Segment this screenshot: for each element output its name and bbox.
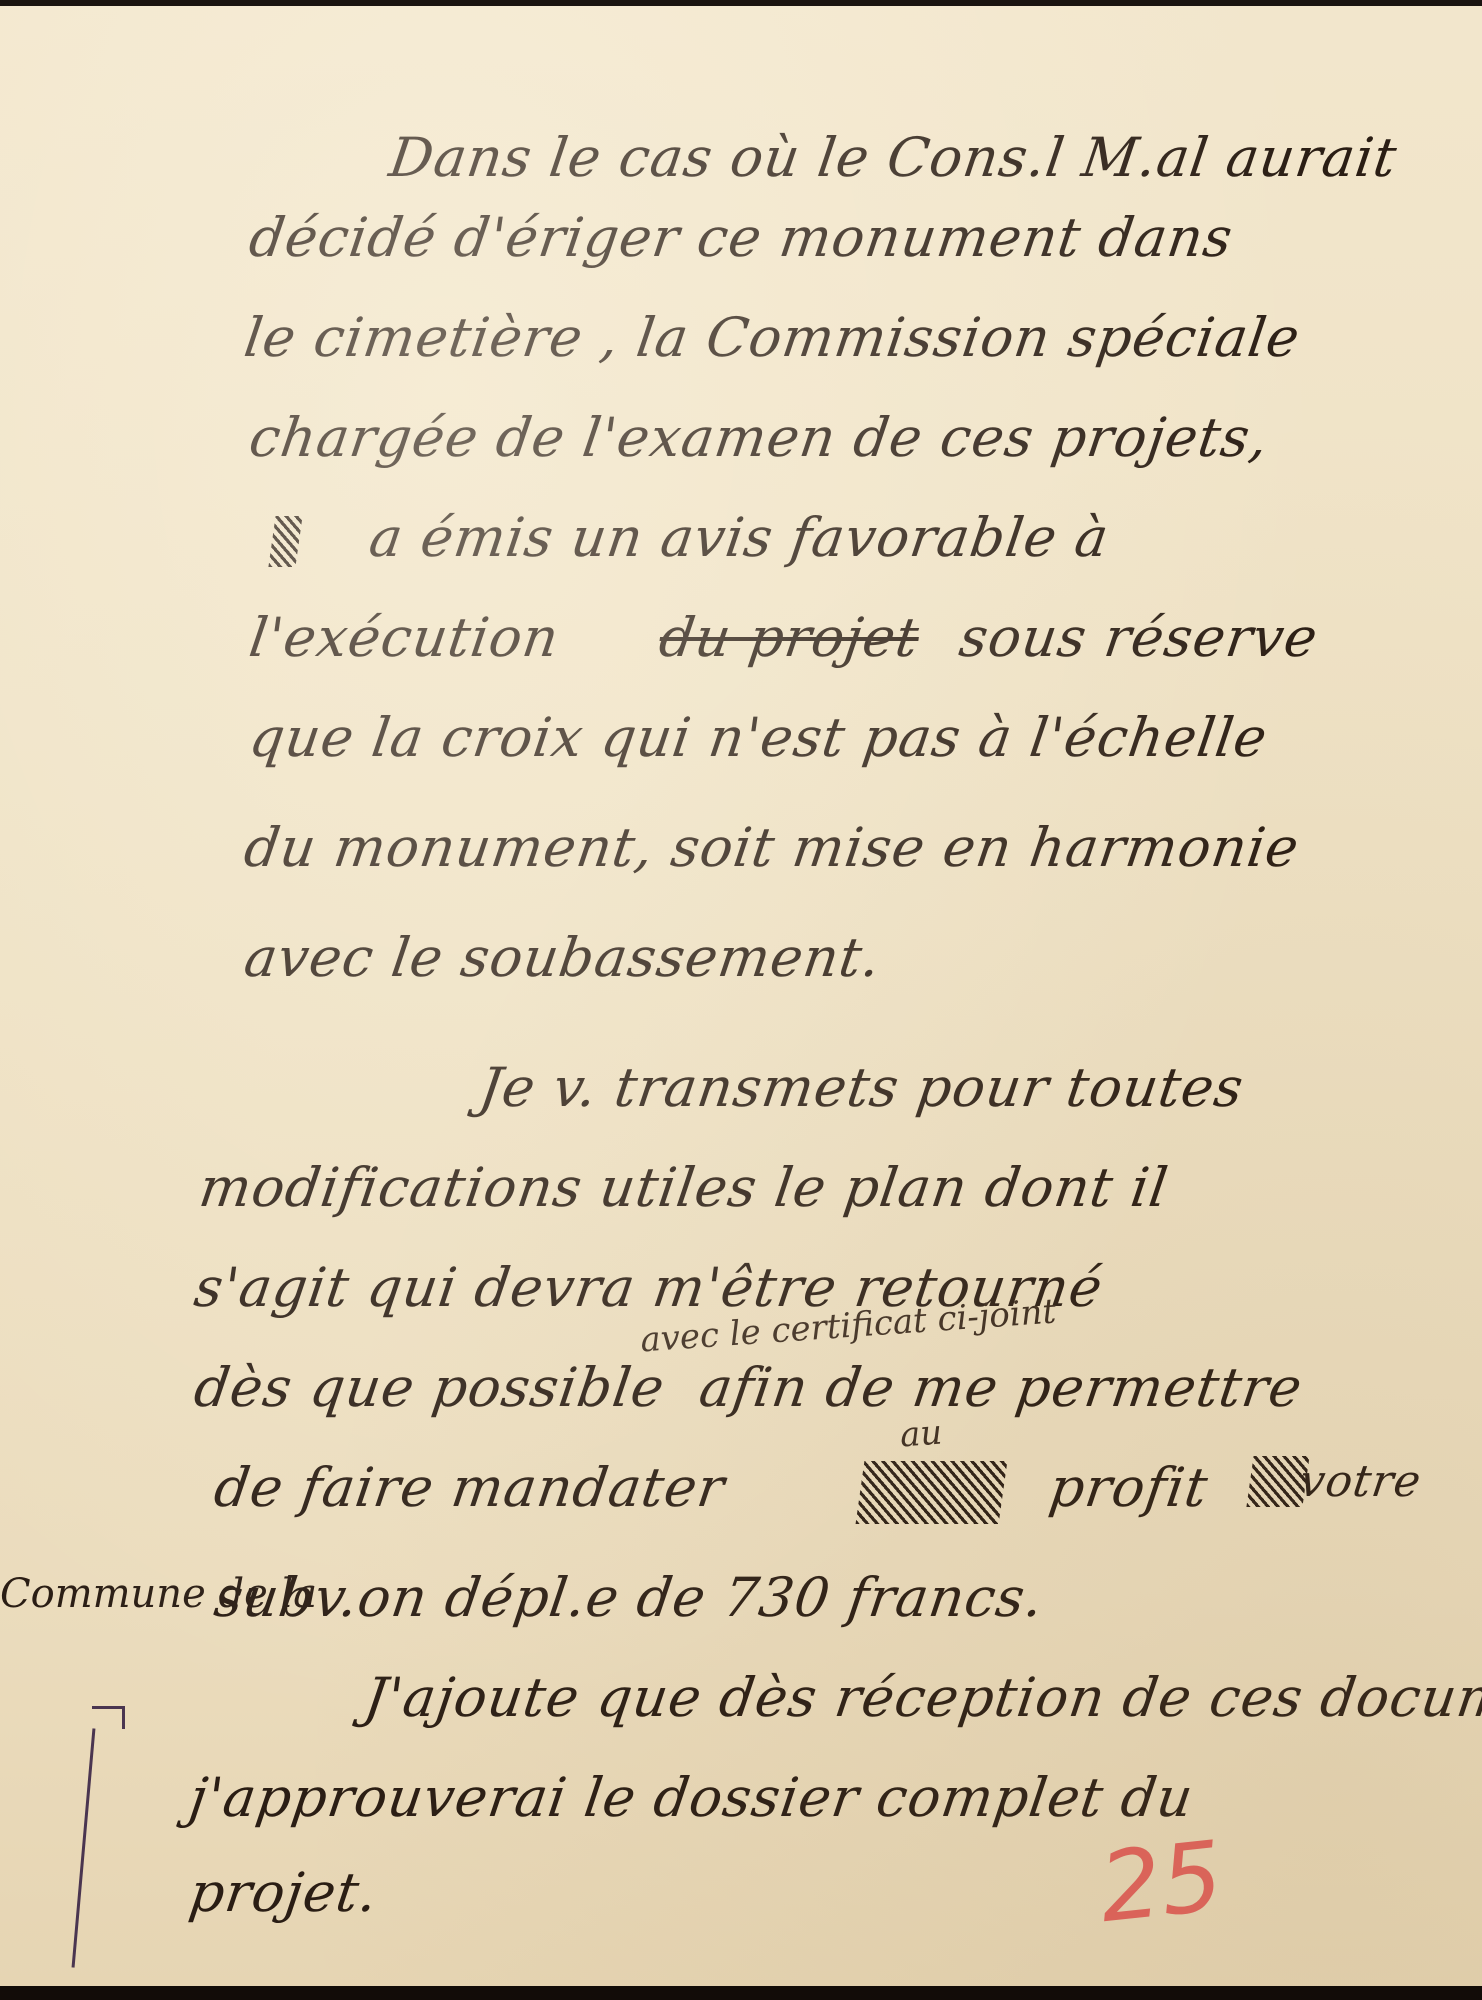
text-line-8: du monument, soit mise en harmonie — [241, 816, 1304, 879]
text-line-18: projet. — [186, 1861, 382, 1924]
text-line-6a: l'exécution — [246, 606, 564, 669]
text-line-17: j'approuverai le dossier complet du — [186, 1766, 1198, 1829]
text-line-14c: votre — [1296, 1456, 1424, 1507]
text-line-6b: sous réserve — [956, 606, 1322, 669]
letter-page: Dans le cas où le Cons.l M.al aurait déc… — [0, 6, 1482, 1988]
margin-bracket-hook — [92, 1706, 125, 1729]
text-line-16: J'ajoute que dès réception de ces docume… — [361, 1666, 1482, 1729]
scan-border — [0, 1986, 1482, 2000]
text-line-13a: dès que possible — [191, 1356, 669, 1419]
text-line-5: a émis un avis favorable à — [366, 506, 1113, 569]
insertion-au: au — [899, 1413, 944, 1456]
folio-number: 25 — [1094, 1820, 1227, 1944]
text-line-11: modifications utiles le plan dont il — [196, 1156, 1173, 1219]
text-line-14a: de faire mandater — [211, 1456, 729, 1519]
struck-text: du projet — [656, 606, 924, 669]
text-line-1: Dans le cas où le Cons.l M.al aurait — [386, 126, 1402, 189]
text-line-14b: profit — [1046, 1456, 1213, 1519]
text-line-9: avec le soubassement. — [241, 926, 885, 989]
text-line-15: subv.on dépl.e de 730 francs. — [211, 1566, 1048, 1629]
margin-bracket-line — [72, 1728, 96, 1967]
text-line-10: Je v. transmets pour toutes — [476, 1056, 1248, 1119]
text-line-13b: afin de me permettre — [696, 1356, 1307, 1419]
text-line-3: le cimetière , la Commission spéciale — [241, 306, 1305, 369]
scribbled-word: à — [268, 516, 302, 567]
text-line-2: décidé d'ériger ce monument dans — [246, 206, 1237, 269]
text-line-4: chargée de l'examen de ces projets, — [246, 406, 1273, 469]
text-line-7: que la croix qui n'est pas à l'échelle — [246, 706, 1272, 769]
scribbled-word: cette — [856, 1461, 1007, 1524]
